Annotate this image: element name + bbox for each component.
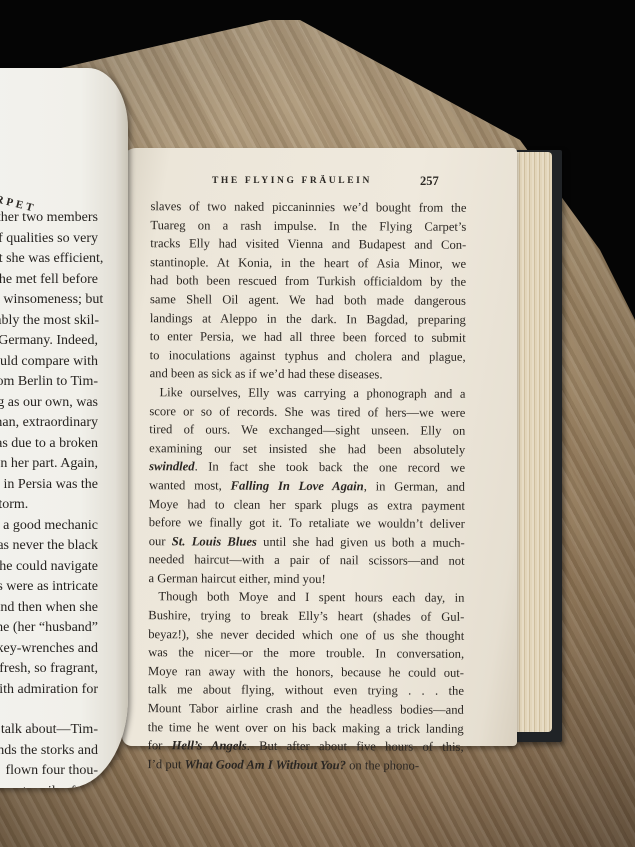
italic-title: Hell’s Angels xyxy=(172,739,247,753)
text-line: e from Berlin to Tim- xyxy=(0,372,98,393)
text-line: And then when she xyxy=(0,598,98,619)
text-line: ho could compare with xyxy=(0,352,98,373)
text-line: nd yet she was efficient, xyxy=(0,249,98,270)
text-line: our St. Louis Blues until she had given … xyxy=(149,532,465,552)
text-line: ends the storks and xyxy=(0,741,98,762)
text-line: She could navigate xyxy=(0,557,98,578)
italic-title: St. Louis Blues xyxy=(172,534,257,548)
text-line: to inoculations against typhus and chole… xyxy=(150,346,466,366)
text-line: swindled. In fact she took back the one … xyxy=(149,457,465,477)
text-line: vith admiration for xyxy=(0,680,98,701)
text-line: ics were as intricate xyxy=(0,577,98,598)
text-line: al was due to a broken xyxy=(0,434,98,455)
text-line: fresh, so fragrant, xyxy=(0,659,98,680)
right-page-text: slaves of two naked piccaninnies we’d bo… xyxy=(147,197,466,775)
text-line: the time he went over on his back making… xyxy=(148,718,464,738)
text-line: s long as our own, was xyxy=(0,393,98,414)
text-line: had both been rescued from Turkish offic… xyxy=(150,272,466,292)
text-line: Moye ran away with the honors, because h… xyxy=(148,662,464,682)
text-line: landings at Aleppo in the dark. In Bagda… xyxy=(150,309,466,329)
text-line: score or so of records. She was tired of… xyxy=(149,402,465,422)
text-line: Bushire, trying to break Elly’s heart (s… xyxy=(148,606,464,626)
text-line: I’d put What Good Am I Without You? on t… xyxy=(147,755,463,775)
text-line: before we finally got it. To retaliate w… xyxy=(149,513,465,533)
text-line: slaves of two naked piccaninnies we’d bo… xyxy=(150,197,466,217)
italic-title: swindled xyxy=(149,459,195,473)
text-line: stionably the most skil- xyxy=(0,311,98,332)
text-line: tracks Elly had visited Vienna and Budap… xyxy=(150,234,466,254)
text-line: wanted most, Falling In Love Again, in G… xyxy=(149,476,465,496)
text-line: flown four thou- xyxy=(0,761,98,782)
text-line: for Hell’s Angels. But after about five … xyxy=(148,736,464,756)
blank-line xyxy=(0,700,98,720)
text-line: stantinople. At Konia, in the heart of A… xyxy=(150,253,466,273)
text-line: Like ourselves, Elly was carrying a phon… xyxy=(149,383,465,403)
text-line: Moye had to clean her spark plugs as ext… xyxy=(149,495,465,515)
text-line: in Germany. Indeed, xyxy=(0,331,98,352)
text-line: needed haircut—with a pair of nail sciss… xyxy=(149,550,465,570)
text-line: was a good mechanic xyxy=(0,516,98,537)
text-line: nkey-wrenches and xyxy=(0,639,98,660)
text-line: a German haircut either, mind you! xyxy=(148,569,464,589)
text-line: s on her part. Again, xyxy=(0,454,98,475)
text-line: Mount Tabor airline crash and the headle… xyxy=(148,699,464,719)
text-line: examining our set insisted she had been … xyxy=(149,439,465,459)
italic-title: Falling In Love Again xyxy=(231,479,364,494)
text-line: talk me about flying, without even tryin… xyxy=(148,681,464,701)
text-line: ne she met fell before xyxy=(0,270,98,291)
page-number: 257 xyxy=(420,174,439,189)
text-line: n, her winsomeness; but xyxy=(0,290,98,311)
text-line: on of qualities so very xyxy=(0,229,98,250)
text-line: to enter Persia, we had all three been f… xyxy=(150,327,466,347)
text-line: same Shell Oil agent. We had both made d… xyxy=(150,290,466,310)
text-line: Tuareg on a rash impulse. In the Flying … xyxy=(150,216,466,236)
right-running-head: THE FLYING FRÄULEIN xyxy=(212,176,372,186)
text-line: tired of ours. We exchanged—sight unseen… xyxy=(149,420,465,440)
text-line: beyaz!), she never decided which one of … xyxy=(148,625,464,645)
text-line: Though both Moye and I spent hours each … xyxy=(148,588,464,608)
text-line: woman, extraordinary xyxy=(0,413,98,434)
left-page-text: e other two members on of qualities so v… xyxy=(0,208,98,788)
text-line: talk about—Tim- xyxy=(0,720,98,741)
text-line: was the nicer—or the more trouble. In co… xyxy=(148,643,464,663)
text-line: and-storm. xyxy=(0,495,98,516)
text-line: vas never the black xyxy=(0,536,98,557)
text-line: venty miles from xyxy=(0,782,98,789)
text-line: and been as sick as if we’d had these di… xyxy=(150,365,466,385)
italic-title: What Good Am I Without You? xyxy=(185,757,346,772)
text-line: nm in Persia was the xyxy=(0,475,98,496)
left-page: CARPET e other two members on of qualiti… xyxy=(0,68,128,788)
text-line: ane (her “husband” xyxy=(0,618,98,639)
text-line: e other two members xyxy=(0,208,98,229)
